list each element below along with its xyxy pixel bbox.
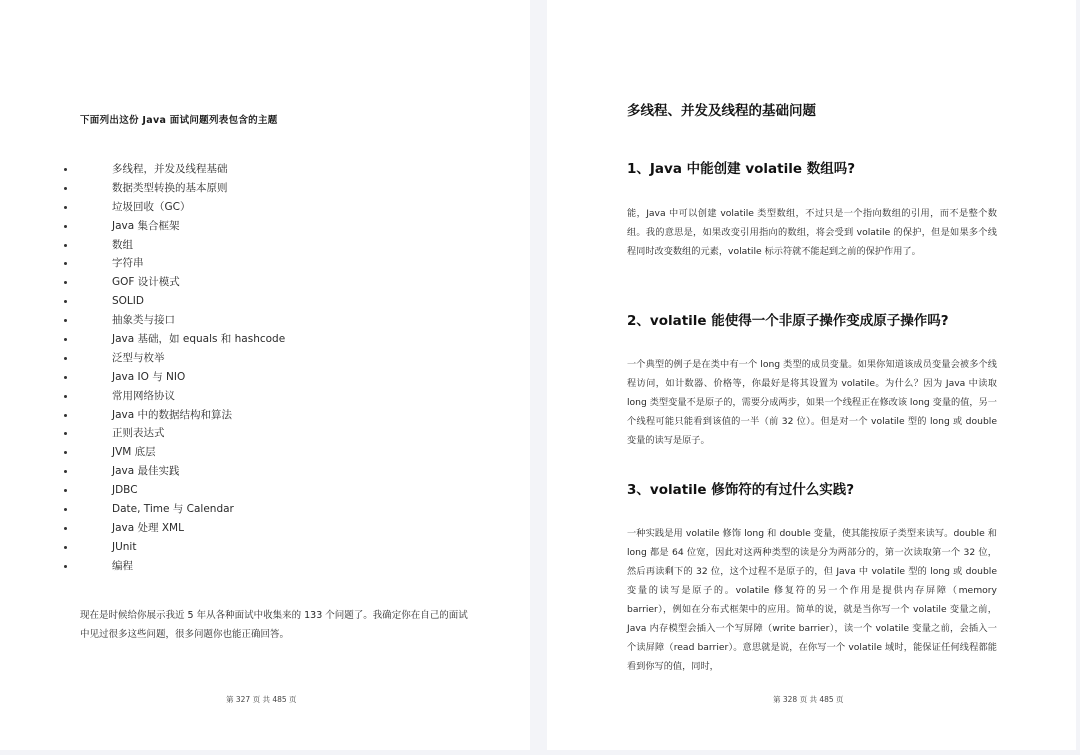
bullet-icon bbox=[64, 546, 67, 549]
question-heading-2: 2、volatile 能使得一个非原子操作变成原子操作吗? bbox=[627, 309, 949, 329]
document-page-327: 下面列出这份 Java 面试问题列表包含的主题 多线程，并发及线程基础 数据类型… bbox=[0, 0, 530, 750]
question-answer-3: 一种实践是用 volatile 修饰 long 和 double 变量，使其能按… bbox=[627, 524, 997, 676]
question-heading-1: 1、Java 中能创建 volatile 数组吗? bbox=[627, 157, 855, 177]
topic-label: Java 最佳实践 bbox=[112, 462, 180, 481]
topic-label: GOF 设计模式 bbox=[112, 273, 180, 292]
bullet-icon bbox=[64, 432, 67, 435]
topic-label: 抽象类与接口 bbox=[112, 311, 175, 330]
topic-label: Date, Time 与 Calendar bbox=[112, 500, 234, 519]
section-title: 多线程、并发及线程的基础问题 bbox=[627, 99, 816, 119]
bullet-icon bbox=[64, 451, 67, 454]
topic-label: 数据类型转换的基本原则 bbox=[112, 179, 228, 198]
bullet-icon bbox=[64, 281, 67, 284]
topic-label: 字符串 bbox=[112, 254, 144, 273]
topic-label: 常用网络协议 bbox=[112, 387, 175, 406]
topic-label: JUnit bbox=[112, 538, 136, 557]
bullet-icon bbox=[64, 527, 67, 530]
bullet-icon bbox=[64, 357, 67, 360]
topic-label: 垃圾回收（GC） bbox=[112, 198, 190, 217]
topic-label: 多线程，并发及线程基础 bbox=[112, 160, 228, 179]
topic-label: Java 中的数据结构和算法 bbox=[112, 406, 232, 425]
bullet-icon bbox=[64, 319, 67, 322]
topic-label: JDBC bbox=[112, 481, 138, 500]
toc-heading: 下面列出这份 Java 面试问题列表包含的主题 bbox=[80, 112, 278, 126]
bullet-icon bbox=[64, 168, 67, 171]
intro-paragraph: 现在是时候给你展示我近 5 年从各种面试中收集来的 133 个问题了。我确定你在… bbox=[80, 606, 470, 644]
topic-label: Java 处理 XML bbox=[112, 519, 184, 538]
bullet-icon bbox=[64, 262, 67, 265]
bullet-icon bbox=[64, 206, 67, 209]
topic-label: JVM 底层 bbox=[112, 443, 156, 462]
bullet-icon bbox=[64, 470, 67, 473]
bullet-icon bbox=[64, 338, 67, 341]
bullet-icon bbox=[64, 395, 67, 398]
bullet-icon bbox=[64, 300, 67, 303]
topic-label: 编程 bbox=[112, 557, 133, 576]
question-answer-2: 一个典型的例子是在类中有一个 long 类型的成员变量。如果你知道该成员变量会被… bbox=[627, 355, 997, 450]
topic-label: Java 基础，如 equals 和 hashcode bbox=[112, 330, 285, 349]
bullet-icon bbox=[64, 414, 67, 417]
bullet-icon bbox=[64, 489, 67, 492]
topic-label: 泛型与枚举 bbox=[112, 349, 165, 368]
question-heading-3: 3、volatile 修饰符的有过什么实践? bbox=[627, 478, 854, 498]
topic-label: Java IO 与 NIO bbox=[112, 368, 185, 387]
page-number-footer: 第 328 页 共 485 页 bbox=[773, 694, 844, 705]
page-number-footer: 第 327 页 共 485 页 bbox=[226, 694, 297, 705]
bullet-icon bbox=[64, 244, 67, 247]
document-page-328: 多线程、并发及线程的基础问题 1、Java 中能创建 volatile 数组吗?… bbox=[547, 0, 1076, 750]
topic-label: SOLID bbox=[112, 292, 144, 311]
topic-label: Java 集合框架 bbox=[112, 217, 180, 236]
bullet-icon bbox=[64, 376, 67, 379]
bullet-icon bbox=[64, 187, 67, 190]
question-answer-1: 能，Java 中可以创建 volatile 类型数组，不过只是一个指向数组的引用… bbox=[627, 204, 997, 261]
bullet-icon bbox=[64, 565, 67, 568]
bullet-icon bbox=[64, 225, 67, 228]
bullet-icon bbox=[64, 508, 67, 511]
topic-label: 数组 bbox=[112, 236, 133, 255]
topic-label: 正则表达式 bbox=[112, 424, 165, 443]
